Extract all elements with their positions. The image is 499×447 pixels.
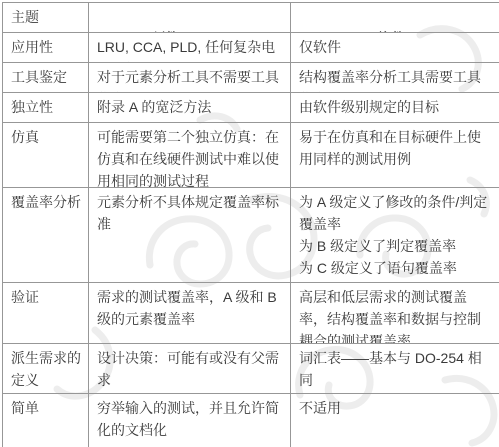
row-label: 验证 <box>3 283 89 343</box>
row-label: 仿真 <box>3 123 89 187</box>
header-do254-hardware-label: 硬件 <box>151 30 179 32</box>
row-label: 覆盖率分析 <box>3 188 89 282</box>
table-row-simplicity: 简单 穷举输入的测试，并且允许简化的文档化 不适用 <box>2 393 499 447</box>
do254-cell: 需求的测试覆盖率，A 级和 B 级的元素覆盖率 <box>89 283 291 343</box>
header-do178: DO-178B/C软件 <box>291 3 499 32</box>
row-label: 简单 <box>3 394 89 447</box>
row-label: 派生需求的定义 <box>3 344 89 393</box>
row-label: 独立性 <box>3 93 89 122</box>
table-row-independence: 独立性 附录 A 的宽泛方法 由软件级别规定的目标 <box>2 92 499 122</box>
do178-cell: 仅软件 <box>291 33 499 62</box>
row-label: 工具鉴定 <box>3 63 89 92</box>
do254-cell: 设计决策：可能有或没有父需求 <box>89 344 291 393</box>
do254-cell: 可能需要第二个独立仿真：在仿真和在线硬件测试中难以使用相同的测试过程 <box>89 123 291 187</box>
header-do254-standard: DO-254 <box>97 31 146 32</box>
comparison-table: 主题 DO-254硬件 DO-178B/C软件 应用性 LRU, CCA, PL… <box>2 2 499 447</box>
do178-cell: 为 A 级定义了修改的条件/判定覆盖率 为 B 级定义了判定覆盖率 为 C 级定… <box>291 188 499 282</box>
table-row-applicability: 应用性 LRU, CCA, PLD, 任何复杂电子硬件 仅软件 <box>2 32 499 62</box>
header-do254: DO-254硬件 <box>89 3 291 32</box>
do254-cell: 对于元素分析工具不需要工具鉴定 <box>89 63 291 92</box>
do254-cell: 元素分析不具体规定覆盖率标准 <box>89 188 291 282</box>
comparison-table-page: 主题 DO-254硬件 DO-178B/C软件 应用性 LRU, CCA, PL… <box>0 0 499 447</box>
table-row-verification: 验证 需求的测试覆盖率，A 级和 B 级的元素覆盖率 高层和低层需求的测试覆盖率… <box>2 282 499 343</box>
table-row-tool-qualification: 工具鉴定 对于元素分析工具不需要工具鉴定 结构覆盖率分析工具需要工具鉴定 <box>2 62 499 92</box>
table-row-coverage-analysis: 覆盖率分析 元素分析不具体规定覆盖率标准 为 A 级定义了修改的条件/判定覆盖率… <box>2 187 499 282</box>
table-header-row: 主题 DO-254硬件 DO-178B/C软件 <box>2 2 499 32</box>
do178-cell: 由软件级别规定的目标 <box>291 93 499 122</box>
table-row-derived-requirements: 派生需求的定义 设计决策：可能有或没有父需求 词汇表——基本与 DO-254 相… <box>2 343 499 393</box>
do254-cell: LRU, CCA, PLD, 任何复杂电子硬件 <box>89 33 291 62</box>
do254-cell: 附录 A 的宽泛方法 <box>89 93 291 122</box>
table-row-simulation: 仿真 可能需要第二个独立仿真：在仿真和在线硬件测试中难以使用相同的测试过程 易于… <box>2 122 499 187</box>
do178-cell: 高层和低层需求的测试覆盖率，结构覆盖率和数据与控制耦合的测试覆盖率 <box>291 283 499 343</box>
do178-cell: 结构覆盖率分析工具需要工具鉴定 <box>291 63 499 92</box>
do178-cell: 不适用 <box>291 394 499 447</box>
header-topic-label: 主题 <box>3 3 89 32</box>
do178-cell: 易于在仿真和在目标硬件上使用同样的测试用例 <box>291 123 499 187</box>
header-do178-software-label: 软件 <box>377 30 405 32</box>
header-do178-standard: DO-178B/C <box>299 31 372 32</box>
do178-cell: 词汇表——基本与 DO-254 相同 第 5 节的用法——没有父需求 <box>291 344 499 393</box>
row-label: 应用性 <box>3 33 89 62</box>
do254-cell: 穷举输入的测试，并且允许简化的文档化 <box>89 394 291 447</box>
